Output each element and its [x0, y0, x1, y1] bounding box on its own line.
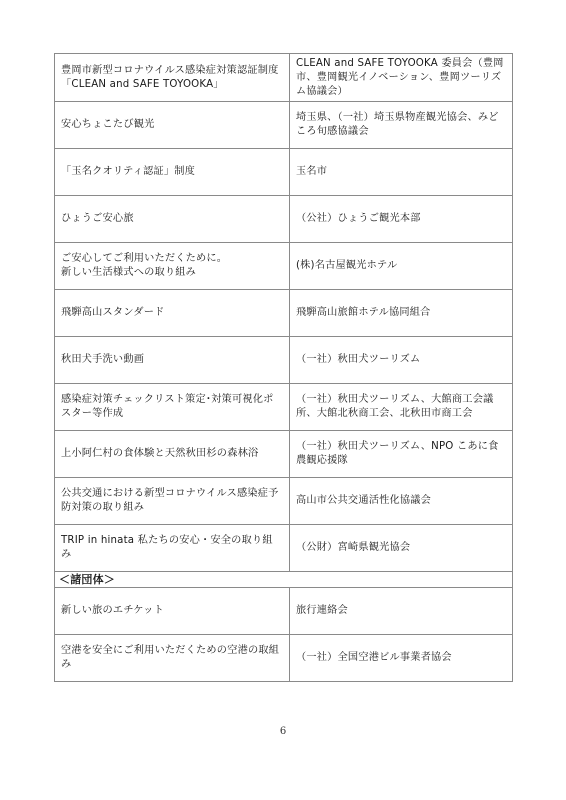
- initiative-cell: 安心ちょこたび観光: [55, 102, 290, 149]
- organization-cell: 埼玉県、（一社）埼玉県物産観光協会、みどころ旬感協議会: [290, 102, 513, 149]
- table-row: 豊岡市新型コロナウイルス感染症対策認証制度「CLEAN and SAFE TOY…: [55, 54, 513, 102]
- initiative-cell: TRIP in hinata 私たちの安心・安全の取り組み: [55, 525, 290, 572]
- initiative-cell: 感染症対策チェックリスト策定･対策可視化ポスター等作成: [55, 384, 290, 431]
- table-row: ひょうご安心旅 （公社）ひょうご観光本部: [55, 196, 513, 243]
- page-number: 6: [0, 726, 566, 737]
- organization-cell: (株)名古屋観光ホテル: [290, 243, 513, 290]
- organization-cell: （一社）秋田犬ツーリズム、NPO こあに食農観応援隊: [290, 431, 513, 478]
- organization-cell: （一社）秋田犬ツーリズム: [290, 337, 513, 384]
- initiative-cell: ひょうご安心旅: [55, 196, 290, 243]
- table-row: 空港を安全にご利用いただくための空港の取組み （一社）全国空港ビル事業者協会: [55, 635, 513, 682]
- organization-cell: （一社）秋田犬ツーリズム、大館商工会議所、大館北秋商工会、北秋田市商工会: [290, 384, 513, 431]
- table-row: 公共交通における新型コロナウイルス感染症予防対策の取り組み 高山市公共交通活性化…: [55, 478, 513, 525]
- initiative-cell: ご安心してご利用いただくために。 新しい生活様式への取り組み: [55, 243, 290, 290]
- initiative-cell: 公共交通における新型コロナウイルス感染症予防対策の取り組み: [55, 478, 290, 525]
- initiative-cell: 新しい旅のエチケット: [55, 588, 290, 635]
- organization-cell: 飛騨高山旅館ホテル協同組合: [290, 290, 513, 337]
- organization-cell: （一社）全国空港ビル事業者協会: [290, 635, 513, 682]
- table-row: 感染症対策チェックリスト策定･対策可視化ポスター等作成 （一社）秋田犬ツーリズム…: [55, 384, 513, 431]
- section-header: ＜諸団体＞: [55, 572, 513, 588]
- table-row: 秋田犬手洗い動画 （一社）秋田犬ツーリズム: [55, 337, 513, 384]
- table-row: 飛騨高山スタンダード 飛騨高山旅館ホテル協同組合: [55, 290, 513, 337]
- initiative-cell: 飛騨高山スタンダード: [55, 290, 290, 337]
- initiative-cell: 豊岡市新型コロナウイルス感染症対策認証制度「CLEAN and SAFE TOY…: [55, 54, 290, 102]
- table-row: TRIP in hinata 私たちの安心・安全の取り組み （公財）宮崎県観光協…: [55, 525, 513, 572]
- table-row: 上小阿仁村の食体験と天然秋田杉の森林浴 （一社）秋田犬ツーリズム、NPO こあに…: [55, 431, 513, 478]
- organization-cell: （公財）宮崎県観光協会: [290, 525, 513, 572]
- organization-cell: （公社）ひょうご観光本部: [290, 196, 513, 243]
- initiative-cell: 空港を安全にご利用いただくための空港の取組み: [55, 635, 290, 682]
- table-row: 新しい旅のエチケット 旅行連絡会: [55, 588, 513, 635]
- organization-cell: CLEAN and SAFE TOYOOKA 委員会（豊岡市、豊岡観光イノベーシ…: [290, 54, 513, 102]
- initiative-cell: 上小阿仁村の食体験と天然秋田杉の森林浴: [55, 431, 290, 478]
- organization-cell: 玉名市: [290, 149, 513, 196]
- organization-cell: 高山市公共交通活性化協議会: [290, 478, 513, 525]
- table-row: 「玉名クオリティ認証」制度 玉名市: [55, 149, 513, 196]
- table-row: 安心ちょこたび観光 埼玉県、（一社）埼玉県物産観光協会、みどころ旬感協議会: [55, 102, 513, 149]
- section-header-row: ＜諸団体＞: [55, 572, 513, 588]
- organization-cell: 旅行連絡会: [290, 588, 513, 635]
- initiatives-table: 豊岡市新型コロナウイルス感染症対策認証制度「CLEAN and SAFE TOY…: [54, 53, 513, 682]
- initiative-cell: 秋田犬手洗い動画: [55, 337, 290, 384]
- initiative-cell: 「玉名クオリティ認証」制度: [55, 149, 290, 196]
- table-row: ご安心してご利用いただくために。 新しい生活様式への取り組み (株)名古屋観光ホ…: [55, 243, 513, 290]
